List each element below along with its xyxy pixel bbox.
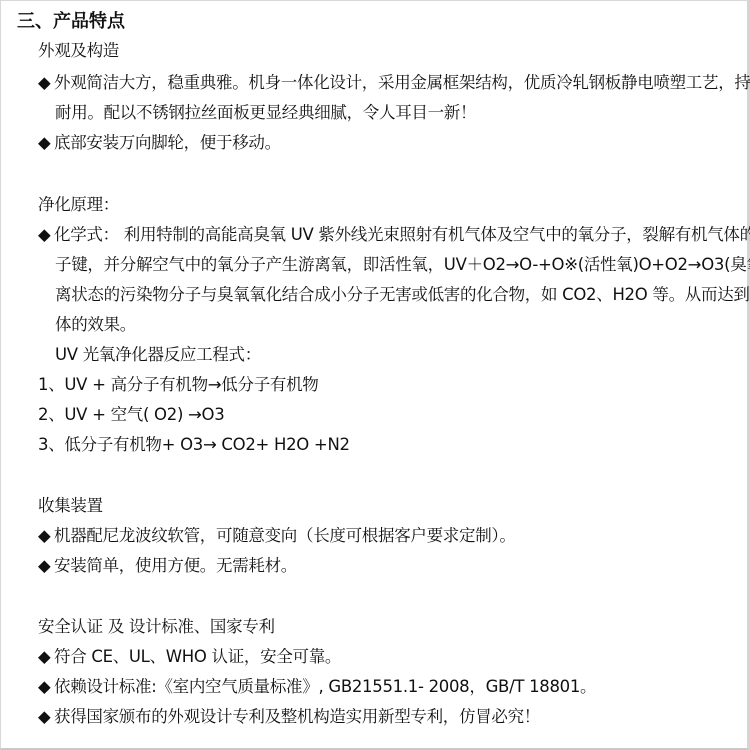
collection-bullet-2: ◆安装简单，使用方便。无需耗材。: [38, 555, 297, 577]
bullet-text: 依赖设计标准:《室内空气质量标准》, GB21551.1- 2008，GB/T …: [54, 677, 596, 696]
principle-bullet-cont-2: 离状态的污染物分子与臭氧氧化结合成小分子无害或低害的化合物，如 CO2、H2O …: [55, 284, 750, 306]
bullet-text: 安装简单，使用方便。无需耗材。: [54, 556, 297, 575]
bullet-text: 机器配尼龙波纹软管，可随意变向（长度可根据客户要求定制）。: [54, 526, 516, 545]
safety-heading: 安全认证 及 设计标准、国家专利: [38, 616, 275, 638]
diamond-bullet-icon: ◆: [38, 132, 54, 154]
safety-bullet-2: ◆依赖设计标准:《室内空气质量标准》, GB21551.1- 2008，GB/T…: [38, 676, 596, 698]
safety-bullet-1: ◆符合 CE、UL、WHO 认证，安全可靠。: [38, 646, 341, 668]
diamond-bullet-icon: ◆: [38, 72, 54, 94]
bullet-text: 底部安装万向脚轮，便于移动。: [54, 133, 281, 152]
bullet-text: 化学式： 利用特制的高能高臭氧 UV 紫外线光束照射有机气体及空气中的氧分子，裂…: [54, 225, 750, 244]
appearance-bullet-1: ◆外观简洁大方，稳重典雅。机身一体化设计，采用金属框架结构，优质冷轧钢板静电喷塑…: [38, 72, 750, 94]
section-title: 三、产品特点: [17, 11, 125, 33]
diamond-bullet-icon: ◆: [38, 646, 54, 668]
bullet-text: 获得国家颁布的外观设计专利及整机构造实用新型专利，仿冒必究！: [54, 707, 540, 726]
diamond-bullet-icon: ◆: [38, 706, 54, 728]
collection-bullet-1: ◆机器配尼龙波纹软管，可随意变向（长度可根据客户要求定制）。: [38, 525, 516, 547]
bullet-text: 符合 CE、UL、WHO 认证，安全可靠。: [54, 647, 341, 666]
diamond-bullet-icon: ◆: [38, 525, 54, 547]
diamond-bullet-icon: ◆: [38, 676, 54, 698]
equation-title: UV 光氧净化器反应工程式：: [55, 344, 261, 366]
equation-3: 3、低分子有机物+ O3→ CO2+ H2O +N2: [38, 434, 350, 456]
diamond-bullet-icon: ◆: [38, 555, 54, 577]
bullet-text: 外观简洁大方，稳重典雅。机身一体化设计，采用金属框架结构，优质冷轧钢板静电喷塑工…: [54, 73, 750, 92]
diamond-bullet-icon: ◆: [38, 224, 54, 246]
collection-heading: 收集装置: [38, 495, 103, 517]
appearance-heading: 外观及构造: [38, 40, 119, 62]
document-page: 三、产品特点 外观及构造 ◆外观简洁大方，稳重典雅。机身一体化设计，采用金属框架…: [0, 0, 750, 750]
principle-bullet: ◆化学式： 利用特制的高能高臭氧 UV 紫外线光束照射有机气体及空气中的氧分子，…: [38, 224, 750, 246]
appearance-bullet-1-cont: 耐用。配以不锈钢拉丝面板更显经典细腻，令人耳目一新！: [55, 102, 476, 124]
safety-bullet-3: ◆获得国家颁布的外观设计专利及整机构造实用新型专利，仿冒必究！: [38, 706, 540, 728]
equation-1: 1、UV + 高分子有机物→低分子有机物: [38, 374, 319, 396]
appearance-bullet-2: ◆底部安装万向脚轮，便于移动。: [38, 132, 281, 154]
equation-2: 2、UV + 空气( O2) →O3: [38, 404, 224, 426]
principle-bullet-cont-1: 子键，并分解空气中的氧分子产生游离氧，即活性氧，UV＋O2→O-+O※(活性氧)…: [55, 254, 750, 276]
principle-bullet-cont-3: 体的效果。: [55, 314, 136, 336]
principle-heading: 净化原理：: [38, 194, 119, 216]
